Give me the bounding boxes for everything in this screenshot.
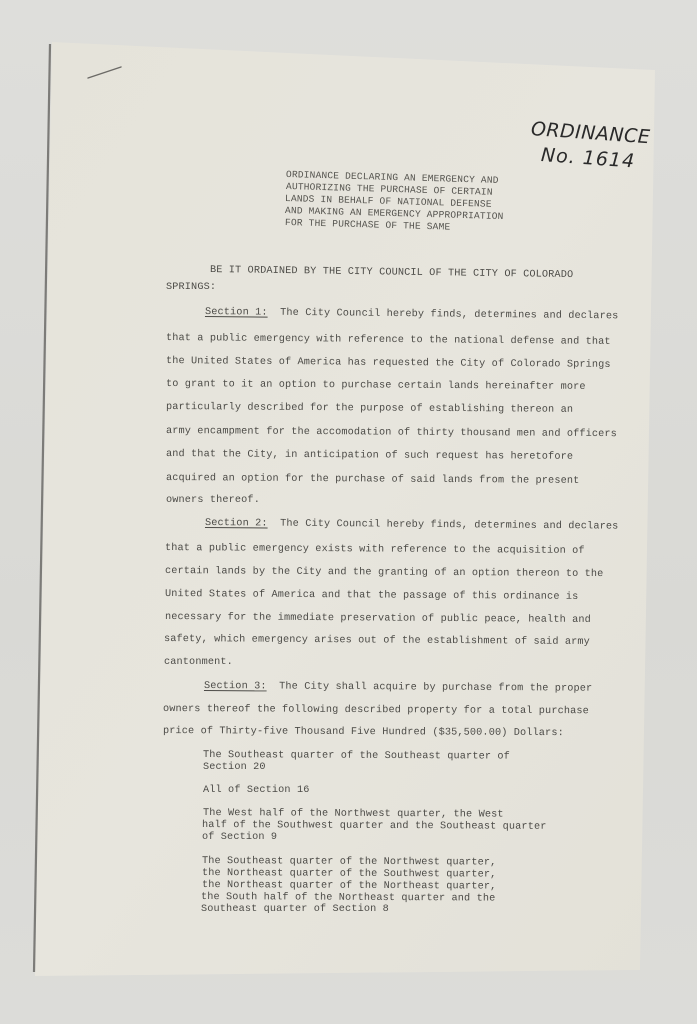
property-line: of Section 9 bbox=[202, 832, 277, 843]
property-line: the Northeast quarter of the Southwest q… bbox=[202, 868, 496, 881]
section-2-line: United States of America and that the pa… bbox=[165, 589, 578, 603]
section-1-line: that a public emergency with reference t… bbox=[166, 333, 611, 348]
property-line: The Southeast quarter of the Southeast q… bbox=[203, 750, 510, 763]
section-1-line: the United States of America has request… bbox=[166, 356, 611, 371]
section-1-text: The City Council hereby finds, determine… bbox=[268, 308, 619, 323]
section-2-heading: Section 2: bbox=[205, 518, 268, 530]
section-1-line: to grant to it an option to purchase cer… bbox=[166, 379, 586, 393]
section-2-line: certain lands by the City and the granti… bbox=[165, 566, 604, 580]
section-2-line: safety, which emergency arises out of th… bbox=[164, 634, 590, 648]
section-1-line: acquired an option for the purchase of s… bbox=[166, 473, 579, 487]
section-2-line: cantonment. bbox=[164, 657, 233, 668]
enacting-clause-line: SPRINGS: bbox=[166, 282, 216, 293]
section-1-line: owners thereof. bbox=[166, 495, 260, 506]
section-2-line: that a public emergency exists with refe… bbox=[165, 543, 585, 557]
property-line: the Northeast quarter of the Northeast q… bbox=[202, 880, 496, 893]
property-line: The West half of the Northwest quarter, … bbox=[203, 808, 504, 821]
section-1-line: and that the City, in anticipation of su… bbox=[166, 449, 573, 463]
enacting-clause-line: BE IT ORDAINED BY THE CITY COUNCIL OF TH… bbox=[210, 265, 573, 281]
property-line: All of Section 16 bbox=[203, 785, 309, 796]
section-1-line: particularly described for the purpose o… bbox=[166, 402, 573, 416]
property-line: Section 20 bbox=[203, 762, 266, 773]
section-1-first-line: Section 1: The City Council hereby finds… bbox=[205, 307, 618, 322]
section-3-line: price of Thirty-five Thousand Five Hundr… bbox=[163, 726, 564, 739]
property-line: The Southeast quarter of the Northwest q… bbox=[202, 856, 496, 869]
section-3-heading: Section 3: bbox=[204, 681, 267, 692]
handwritten-ordinance-number: No. 1614 bbox=[540, 144, 636, 173]
section-3-first-line: Section 3: The City shall acquire by pur… bbox=[204, 681, 592, 695]
document-page: ORDINANCE No. 1614 ORDINANCE DECLARING A… bbox=[0, 0, 697, 1024]
property-line: Southeast quarter of Section 8 bbox=[201, 904, 389, 915]
section-2-text: The City Council hereby finds, determine… bbox=[268, 519, 619, 533]
section-3-text: The City shall acquire by purchase from … bbox=[267, 681, 593, 694]
section-1-line: army encampment for the accomodation of … bbox=[166, 426, 617, 440]
property-line: half of the Southwest quarter and the So… bbox=[202, 820, 547, 833]
property-line: the South half of the Northeast quarter … bbox=[201, 892, 495, 905]
section-2-line: necessary for the immediate preservation… bbox=[165, 612, 591, 626]
section-3-line: owners thereof the following described p… bbox=[163, 704, 589, 717]
section-1-heading: Section 1: bbox=[205, 307, 268, 319]
section-2-first-line: Section 2: The City Council hereby finds… bbox=[205, 518, 618, 533]
